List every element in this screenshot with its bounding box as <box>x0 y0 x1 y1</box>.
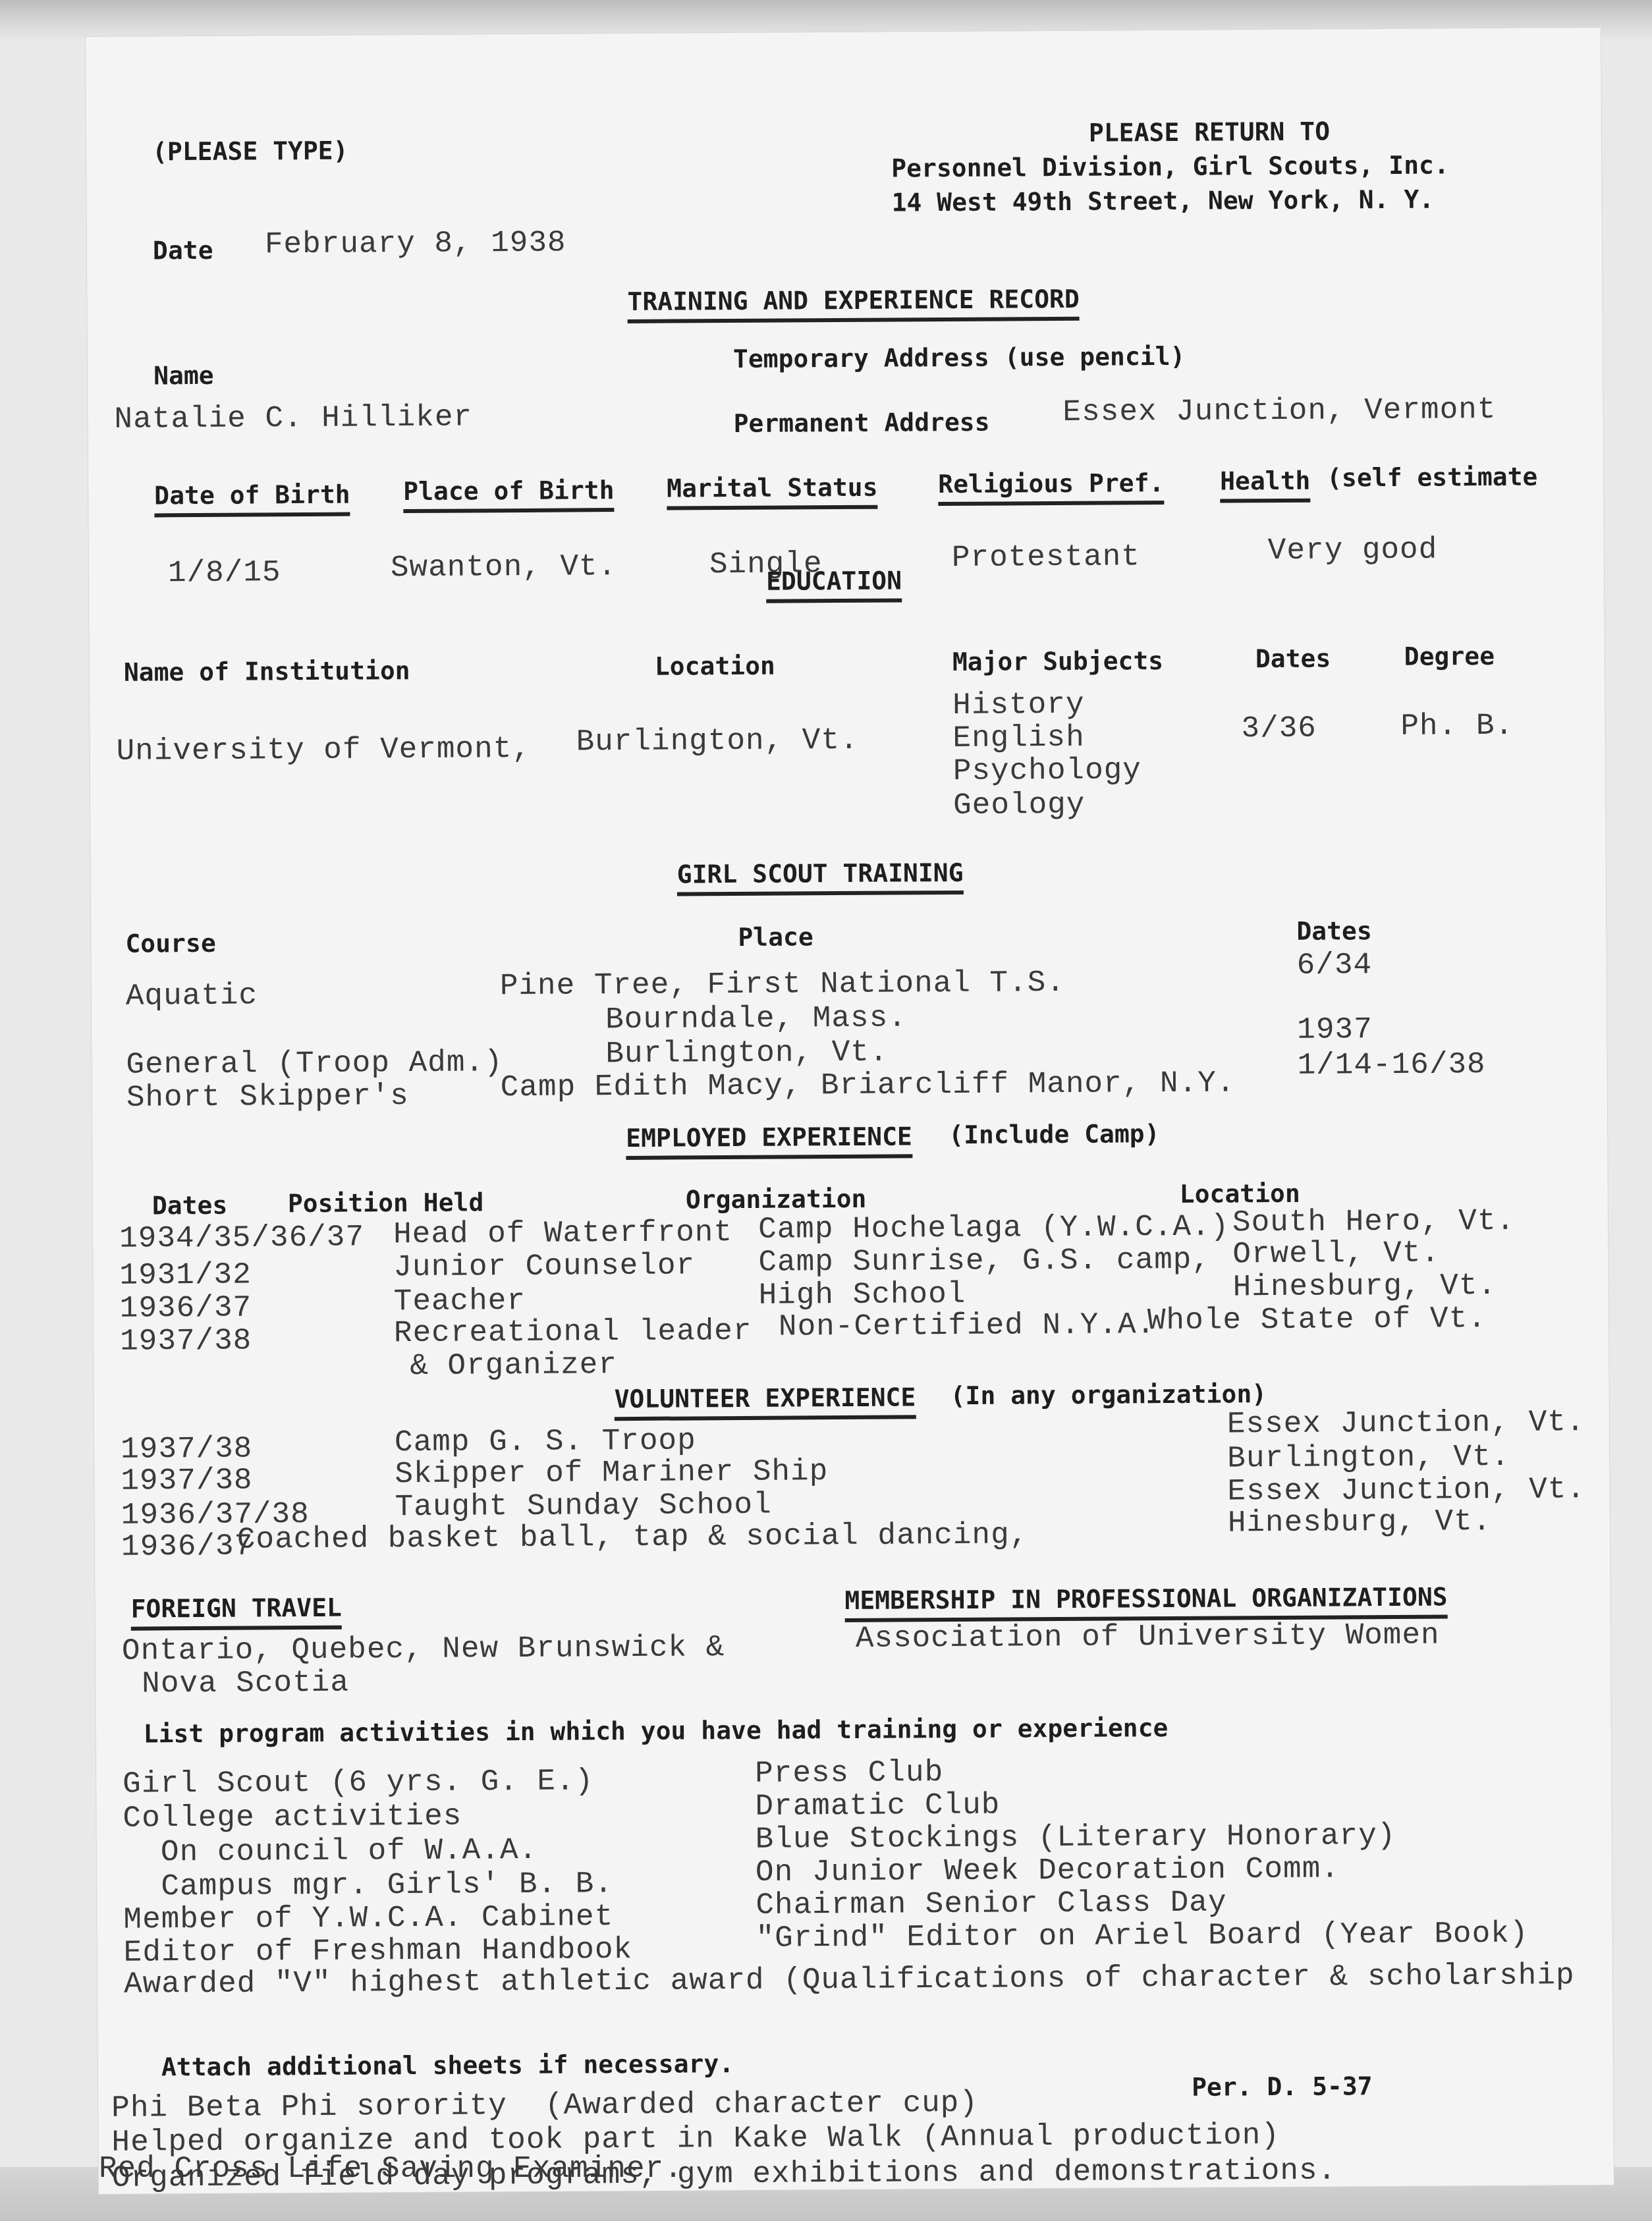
employed-location-1: South Hero, Vt. <box>1232 1205 1515 1240</box>
religion-value: Protestant <box>952 540 1140 574</box>
form-code: Per. D. 5-37 <box>1192 2070 1373 2104</box>
health-header: Health <box>1220 464 1311 503</box>
employed-dates-3: 1936/37 <box>120 1291 252 1325</box>
date-label: Date <box>153 234 213 267</box>
employed-org-2: Camp Sunrise, G.S. camp, <box>758 1244 1211 1279</box>
employed-position-4-line-2: & Organizer <box>410 1348 617 1383</box>
additional-sheets-note: Attach additional sheets if necessary. <box>161 2047 734 2083</box>
name-label: Name <box>153 359 214 393</box>
education-location-value: Burlington, Vt. <box>576 724 858 759</box>
employed-position-2: Junior Counselor <box>393 1249 695 1284</box>
activity-right-5: Chairman Senior Class Day <box>756 1886 1226 1921</box>
subject-3: Psychology <box>953 754 1142 788</box>
activity-right-3: Blue Stockings (Literary Honorary) <box>756 1819 1396 1856</box>
location-header: Location <box>655 649 775 683</box>
activity-left-6: Editor of Freshman Handbook <box>124 1933 633 1969</box>
dates-short-skippers: 1/14-16/38 <box>1297 1048 1485 1082</box>
temporary-address-label: Temporary Address (use pencil) <box>733 340 1186 375</box>
dob-value: 1/8/15 <box>168 556 281 590</box>
dates-general: 1937 <box>1297 1013 1373 1047</box>
activity-left-2: College activities <box>123 1800 462 1835</box>
activity-left-3: On council of W.A.A. <box>123 1834 538 1869</box>
activity-award: Awarded "V" highest athletic award (Qual… <box>124 1959 1575 2000</box>
employed-dates-header: Dates <box>152 1189 228 1222</box>
major-subjects-header: Major Subjects <box>952 644 1164 678</box>
employed-dates-4: 1937/38 <box>120 1324 252 1357</box>
return-to-heading: PLEASE RETURN TO <box>1089 115 1330 149</box>
course-general: General (Troop Adm.) <box>126 1046 503 1081</box>
volunteer-dates-2: 1937/38 <box>121 1464 253 1497</box>
employed-position-3: Teacher <box>394 1284 526 1318</box>
date-value: February 8, 1938 <box>265 227 566 261</box>
dob-header: Date of Birth <box>154 478 350 518</box>
employed-location-3: Hinesburg, Vt. <box>1232 1269 1497 1303</box>
pob-value: Swanton, Vt. <box>391 550 617 584</box>
course-header: Course <box>125 927 216 960</box>
place-aquatic: Pine Tree, First National T.S. <box>500 966 1065 1002</box>
volunteer-activity-3: Taught Sunday School <box>395 1489 771 1523</box>
employed-org-3: High School <box>759 1278 966 1312</box>
form-title: TRAINING AND EXPERIENCE RECORD <box>627 283 1080 323</box>
volunteer-location-1: Essex Junction, Vt. <box>1227 1406 1585 1440</box>
foreign-travel-line-2: Nova Scotia <box>142 1666 349 1701</box>
employed-org-4: Non-Certified N.Y.A. <box>779 1308 1155 1343</box>
activity-left-5: Member of Y.W.C.A. Cabinet <box>123 1900 613 1936</box>
degree-value: Ph. B. <box>1400 709 1514 743</box>
health-value: Very good <box>1268 533 1438 567</box>
volunteer-dates-1: 1937/38 <box>121 1432 253 1466</box>
foreign-travel-title: FOREIGN TRAVEL <box>130 1591 342 1631</box>
religious-pref-header: Religious Pref. <box>938 466 1165 506</box>
place-short-skippers: Camp Edith Macy, Briarcliff Manor, N.Y. <box>501 1066 1236 1104</box>
volunteer-activity-4: Coached basket ball, tap & social dancin… <box>237 1518 1029 1556</box>
institution-value: University of Vermont, <box>116 732 531 768</box>
activities-prompt: List program activities in which you hav… <box>144 1711 1169 1751</box>
degree-header: Degree <box>1404 640 1495 673</box>
return-to-line-3: 14 West 49th Street, New York, N. Y. <box>891 182 1434 219</box>
activity-left-1: Girl Scout (6 yrs. G. E.) <box>123 1765 593 1800</box>
employed-dates-1: 1934/35/36/37 <box>119 1220 364 1255</box>
organization-header: Organization <box>686 1182 867 1217</box>
place-header: Place <box>738 920 813 954</box>
permanent-address-label: Permanent Address <box>733 406 989 440</box>
activity-right-6: "Grind" Editor on Ariel Board (Year Book… <box>756 1917 1529 1955</box>
dates-aquatic: 6/34 <box>1296 948 1372 982</box>
place-aquatic-line-2: Bourndale, Mass. <box>605 1001 907 1036</box>
permanent-address-value: Essex Junction, Vermont <box>1062 393 1496 429</box>
foreign-travel-line-1: Ontario, Quebec, New Brunswick & <box>122 1631 725 1668</box>
volunteer-experience-note: (In any organization) <box>950 1377 1267 1412</box>
subject-4: Geology <box>953 788 1086 822</box>
name-value: Natalie C. Hilliker <box>114 400 472 435</box>
membership-value: Association of University Women <box>856 1618 1440 1655</box>
volunteer-activity-2: Skipper of Mariner Ship <box>395 1455 828 1491</box>
activity-right-2: Dramatic Club <box>755 1789 1000 1823</box>
health-note: (self estimate <box>1327 460 1538 495</box>
subject-1: History <box>952 688 1085 722</box>
marital-status-header: Marital Status <box>667 471 878 510</box>
training-dates-header: Dates <box>1296 914 1372 948</box>
volunteer-location-3: Essex Junction, Vt. <box>1227 1473 1585 1508</box>
course-short-skippers: Short Skipper's <box>126 1080 409 1114</box>
girl-scout-training-title: GIRL SCOUT TRAINING <box>677 856 964 896</box>
volunteer-experience-title: VOLUNTEER EXPERIENCE <box>614 1381 916 1421</box>
employed-dates-2: 1931/32 <box>119 1258 252 1292</box>
pob-header: Place of Birth <box>403 474 615 513</box>
membership-title: MEMBERSHIP IN PROFESSIONAL ORGANIZATIONS <box>844 1580 1447 1622</box>
volunteer-dates-4: 1936/37 <box>121 1529 254 1563</box>
place-general: Burlington, Vt. <box>605 1036 888 1071</box>
institution-header: Name of Institution <box>124 654 410 689</box>
please-type-note: (PLEASE TYPE) <box>152 134 348 169</box>
activity-right-4: On Junior Week Decoration Comm. <box>756 1852 1340 1888</box>
volunteer-activity-1: Camp G. S. Troop <box>395 1424 696 1459</box>
additional-line-1: Phi Beta Phi sorority (Awarded character… <box>111 2087 978 2125</box>
form-page: (PLEASE TYPE) PLEASE RETURN TO Personnel… <box>86 28 1614 2194</box>
employed-experience-title: EMPLOYED EXPERIENCE <box>626 1120 912 1160</box>
education-dates-header: Dates <box>1255 642 1331 675</box>
position-header: Position Held <box>288 1186 484 1220</box>
education-title: EDUCATION <box>766 564 902 603</box>
education-dates-value: 3/36 <box>1241 712 1317 746</box>
return-to-line-2: Personnel Division, Girl Scouts, Inc. <box>891 148 1449 184</box>
employed-location-2: Orwell, Vt. <box>1232 1236 1440 1271</box>
activity-left-4: Campus mgr. Girls' B. B. <box>123 1867 613 1904</box>
employed-location-4: Whole State of Vt. <box>1147 1302 1487 1337</box>
employed-org-1: Camp Hochelaga (Y.W.C.A.) <box>758 1210 1229 1246</box>
volunteer-location-2: Burlington, Vt. <box>1227 1440 1510 1475</box>
employed-position-4: Recreational leader <box>394 1315 752 1350</box>
employed-position-1: Head of Waterfront <box>393 1216 732 1251</box>
employed-experience-note: (Include Camp) <box>949 1117 1160 1151</box>
subject-2: English <box>952 721 1085 755</box>
activity-right-1: Press Club <box>755 1756 943 1790</box>
course-aquatic: Aquatic <box>126 979 258 1012</box>
volunteer-location-4: Hinesburg, Vt. <box>1228 1505 1492 1539</box>
additional-line-4: Red Cross Life Saving Examiner. <box>99 2152 683 2185</box>
